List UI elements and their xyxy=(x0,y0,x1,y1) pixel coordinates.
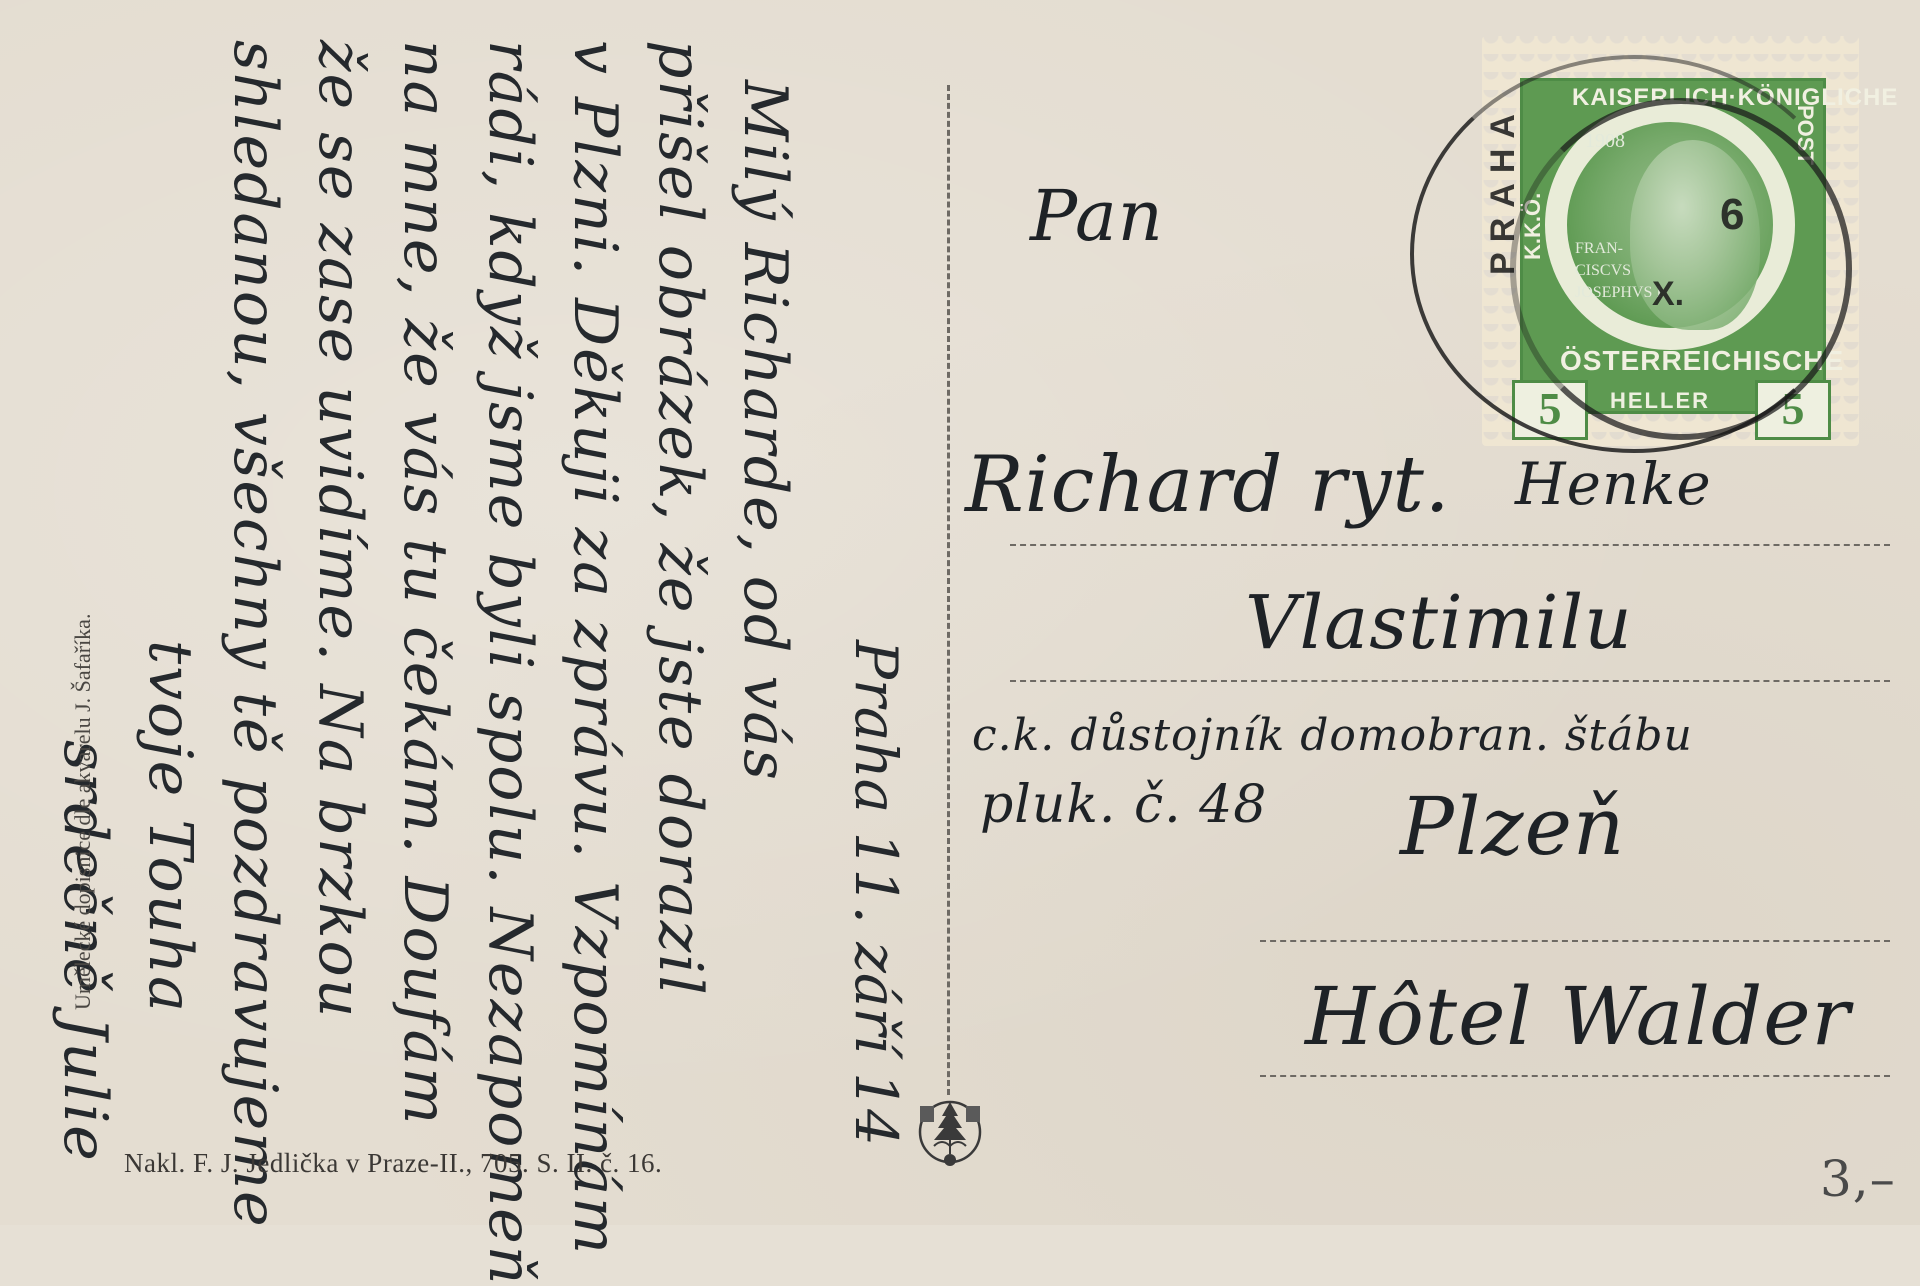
postmark-inner-ring xyxy=(1510,98,1852,440)
postmark-month: X. xyxy=(1652,275,1684,314)
address-regiment: pluk. č. 48 xyxy=(980,775,1267,835)
publisher-line: Nakl. F. J. Jedlička v Praze-II., 705. S… xyxy=(124,1148,662,1179)
address-line-4 xyxy=(1260,1075,1890,1077)
address-line-1 xyxy=(1010,544,1890,546)
address-first-name: Vlastimilu xyxy=(1245,580,1633,666)
address-city: Plzeň xyxy=(1400,780,1625,873)
address-line-3 xyxy=(1260,940,1890,942)
address-salutation: Pan xyxy=(1030,175,1164,257)
message-line-2: přišel obrázek, že jste dorazil xyxy=(645,40,715,997)
address-name: Richard ryt. xyxy=(965,440,1451,530)
message-place-date: Praha 11. září 14 xyxy=(842,640,910,1146)
handwritten-message: Praha 11. září 14 Milý Richarde, od vás … xyxy=(30,40,910,1180)
message-line-7: shledanou, všechny tě pozdravujeme xyxy=(220,40,290,1225)
postmark-city: PRAHA xyxy=(1484,104,1523,275)
pencil-price-note: 3,– xyxy=(1820,1150,1896,1208)
postmark-day: 6 xyxy=(1720,190,1744,240)
postcard-back: Praha 11. září 14 Milý Richarde, od vás … xyxy=(0,0,1920,1225)
artist-credit: Umělecké dopisnice dle akvarelu J. Šafař… xyxy=(70,614,96,1010)
message-line-4: rádi, když jsme byli spolu. Nezapomeň xyxy=(475,40,545,1225)
center-divider xyxy=(947,85,950,1095)
address-line-2 xyxy=(1010,680,1890,682)
address-unit: c.k. důstojník domobran. štábu xyxy=(972,710,1693,761)
message-line-3: v Plzni. Děkuji za zprávu. Vzpomínám xyxy=(560,40,630,1225)
message-line-1: Milý Richarde, od vás xyxy=(730,80,800,782)
message-line-5: na mne, že vás tu čekám. Doufám xyxy=(390,40,460,1126)
address-surname: Henke xyxy=(1515,450,1712,518)
message-line-6: že se zase uvidíme. Na brzkou xyxy=(305,40,375,1019)
message-line-8: tvoje Touha xyxy=(135,640,205,1014)
address-hotel: Hôtel Walder xyxy=(1305,970,1851,1063)
publisher-tree-emblem-icon xyxy=(912,1096,988,1172)
